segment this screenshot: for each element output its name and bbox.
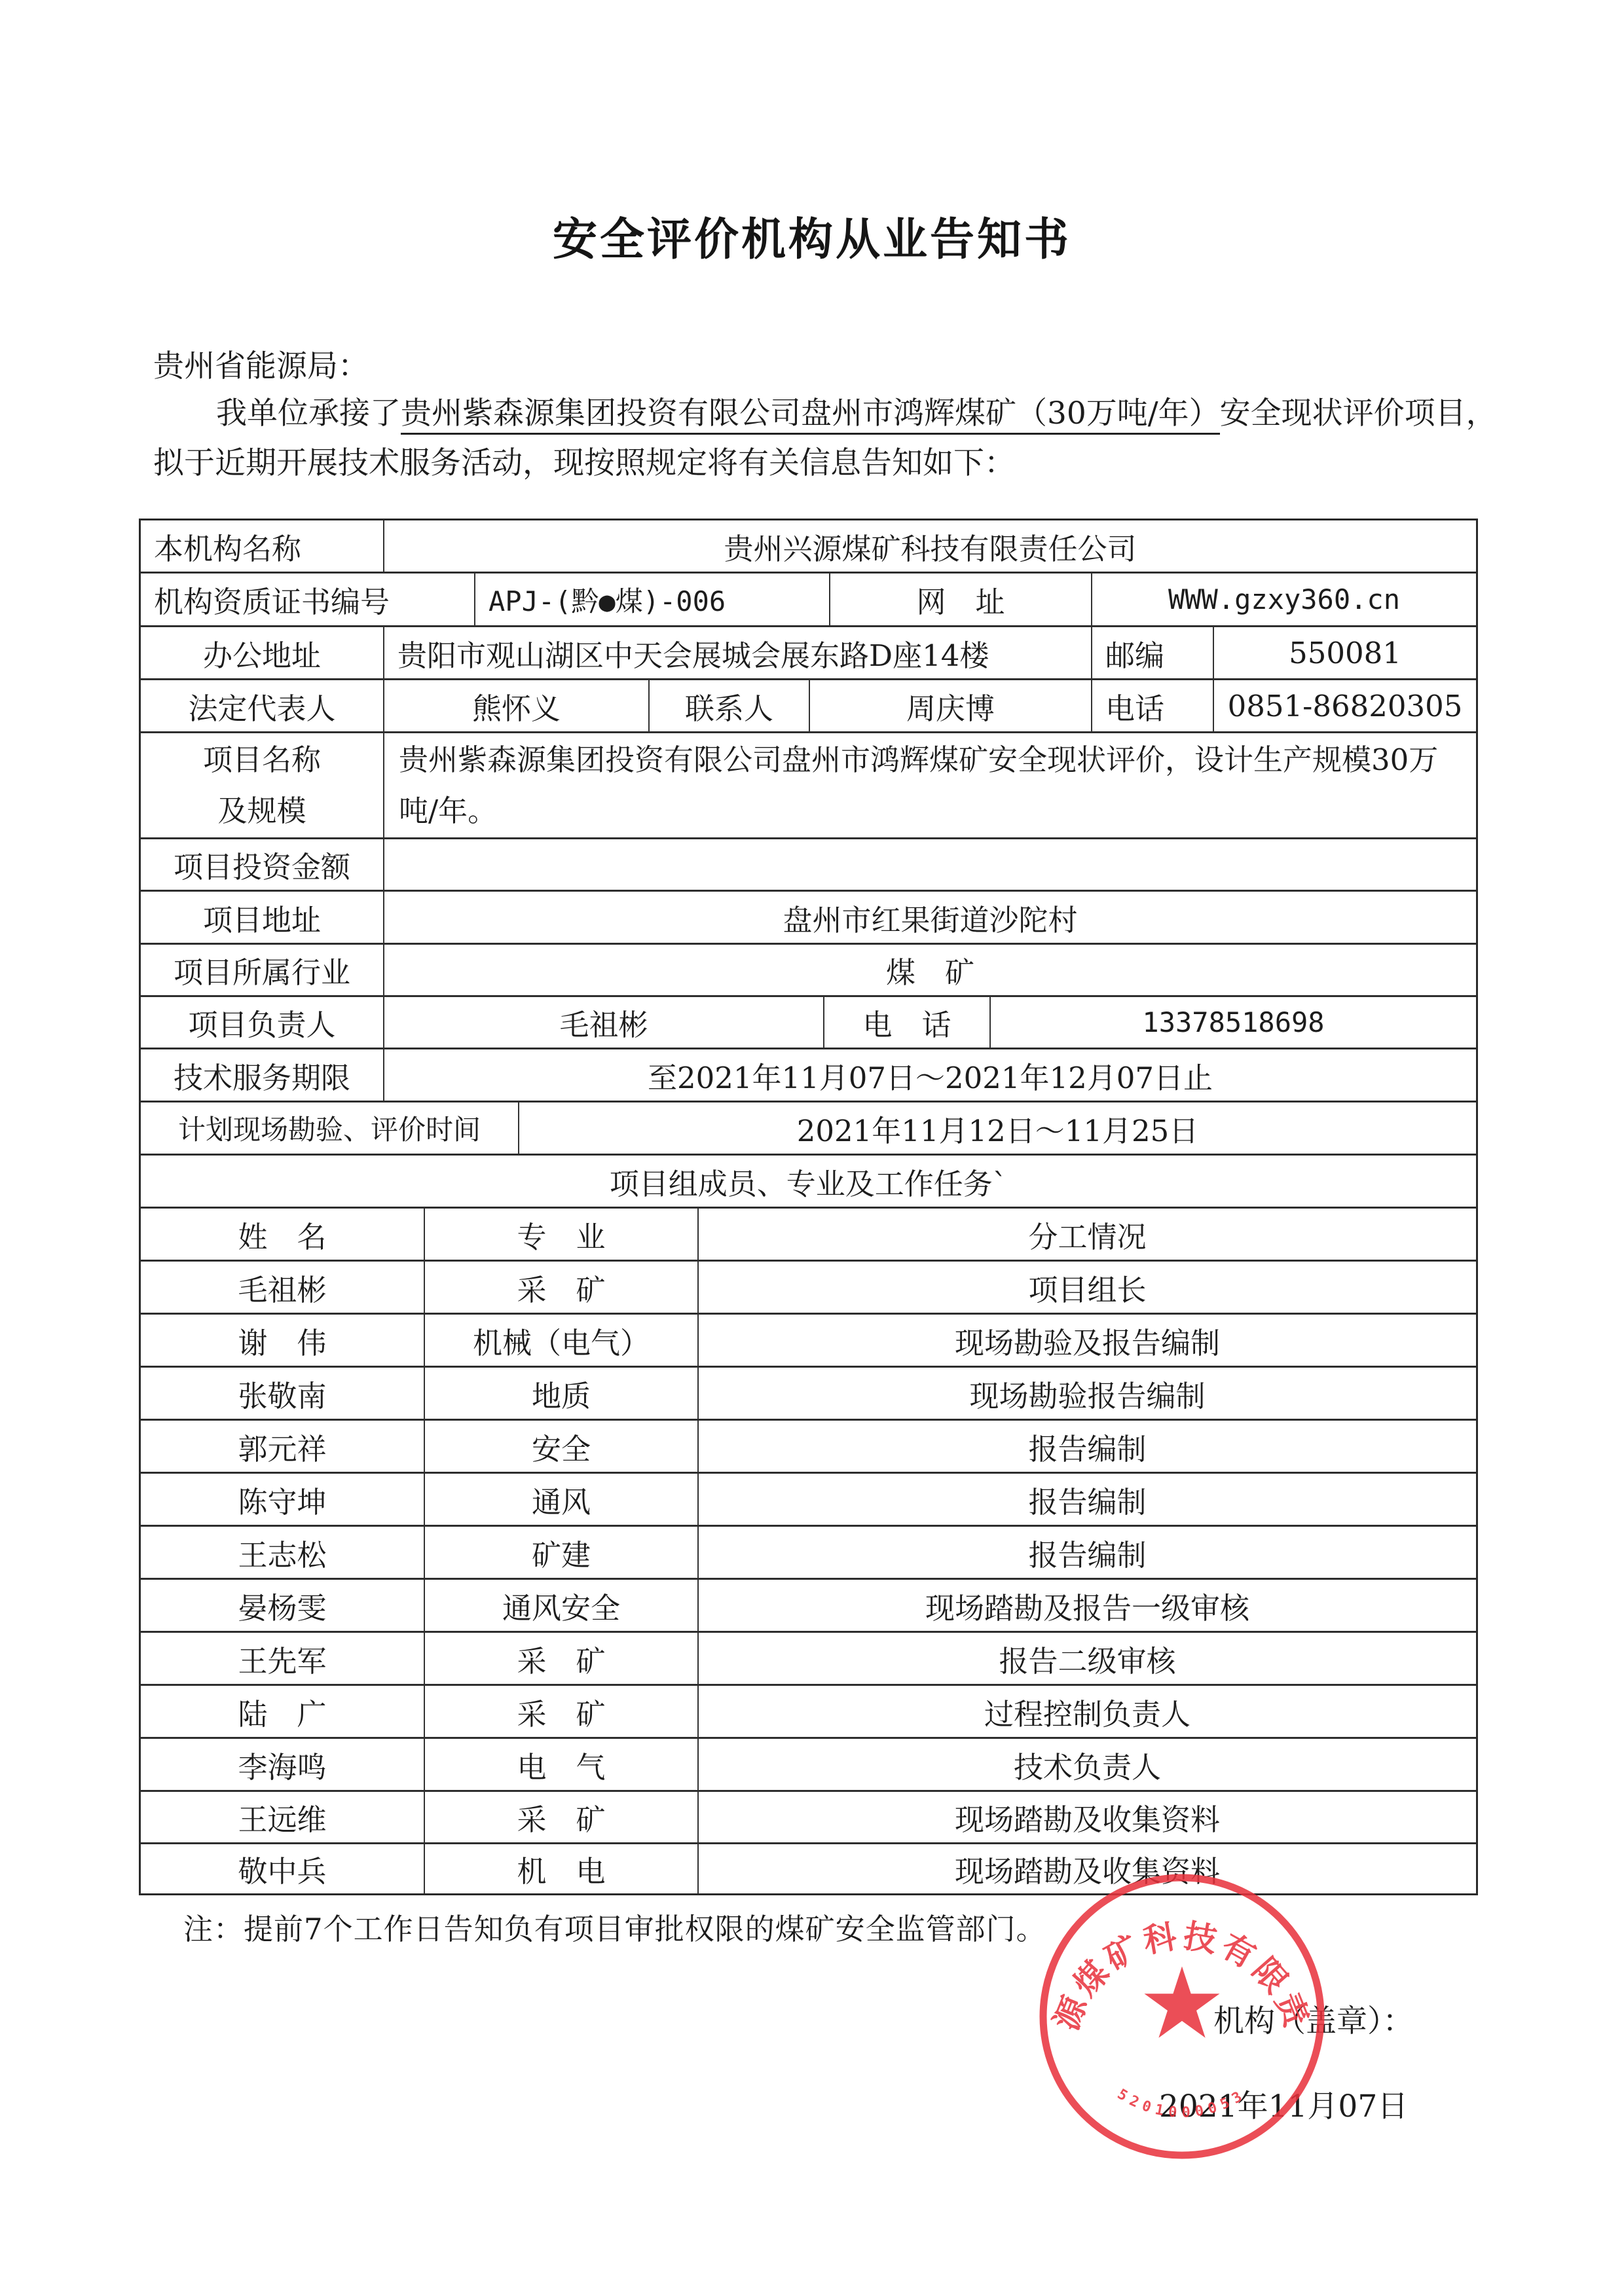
project-lead-row: 项目负责人 毛祖彬 电 话 13378518698 bbox=[141, 997, 1476, 1049]
member-major: 地质 bbox=[425, 1368, 699, 1419]
member-row: 晏杨雯 通风安全 现场踏勘及报告一级审核 bbox=[141, 1580, 1476, 1633]
org-name-row: 本机构名称 贵州兴源煤矿科技有限责任公司 bbox=[141, 520, 1476, 574]
member-task: 报告编制 bbox=[699, 1527, 1476, 1578]
member-major: 安全 bbox=[425, 1421, 699, 1472]
member-row: 李海鸣 电 气 技术负责人 bbox=[141, 1739, 1476, 1792]
lead-value: 毛祖彬 bbox=[384, 997, 824, 1048]
service-period-value: 至2021年11月07日～2021年12月07日止 bbox=[384, 1049, 1476, 1101]
member-task: 项目组长 bbox=[699, 1262, 1476, 1313]
member-name: 陈守坤 bbox=[141, 1474, 425, 1525]
project-address-label: 项目地址 bbox=[141, 892, 384, 943]
site-visit-value: 2021年11月12日～11月25日 bbox=[519, 1102, 1476, 1154]
member-row: 王先军 采 矿 报告二级审核 bbox=[141, 1633, 1476, 1686]
header-name: 姓 名 bbox=[141, 1209, 425, 1260]
site-visit-label: 计划现场勘验、评价时间 bbox=[141, 1102, 519, 1154]
project-name-label-line1: 项目名称 bbox=[203, 735, 321, 786]
project-name-label: 项目名称 及规模 bbox=[141, 733, 384, 837]
cert-label: 机构资质证书编号 bbox=[141, 574, 475, 625]
cert-value: APJ-(黔●煤)-006 bbox=[475, 574, 830, 625]
industry-value: 煤 矿 bbox=[384, 945, 1476, 995]
project-address-value: 盘州市红果街道沙陀村 bbox=[384, 892, 1476, 943]
contact-label: 联系人 bbox=[650, 680, 810, 731]
member-name: 陆 广 bbox=[141, 1686, 425, 1737]
member-task: 现场踏勘及报告一级审核 bbox=[699, 1580, 1476, 1631]
member-task: 现场踏勘及收集资料 bbox=[699, 1844, 1476, 1893]
footer-note: 注：提前7个工作日告知负有项目审批权限的煤矿安全监管部门。 bbox=[183, 1905, 1046, 1948]
org-contact-row: 法定代表人 熊怀义 联系人 周庆博 电话 0851-86820305 bbox=[141, 680, 1476, 733]
industry-label: 项目所属行业 bbox=[141, 945, 384, 995]
member-major: 电 气 bbox=[425, 1739, 699, 1790]
member-name: 毛祖彬 bbox=[141, 1262, 425, 1313]
member-name: 王志松 bbox=[141, 1527, 425, 1578]
investment-value bbox=[384, 839, 1476, 890]
member-major: 矿建 bbox=[425, 1527, 699, 1578]
website-label: 网 址 bbox=[830, 574, 1092, 625]
member-name: 王先军 bbox=[141, 1633, 425, 1684]
member-major: 通风安全 bbox=[425, 1580, 699, 1631]
member-task: 报告编制 bbox=[699, 1421, 1476, 1472]
member-name: 郭元祥 bbox=[141, 1421, 425, 1472]
member-name: 王远维 bbox=[141, 1792, 425, 1842]
member-task: 报告编制 bbox=[699, 1474, 1476, 1525]
org-name-value: 贵州兴源煤矿科技有限责任公司 bbox=[384, 520, 1476, 572]
team-section-row: 项目组成员、专业及工作任务` bbox=[141, 1156, 1476, 1209]
member-row: 王志松 矿建 报告编制 bbox=[141, 1527, 1476, 1580]
member-name: 晏杨雯 bbox=[141, 1580, 425, 1631]
member-row: 毛祖彬 采 矿 项目组长 bbox=[141, 1262, 1476, 1315]
org-address-row: 办公地址 贵阳市观山湖区中天会展城会展东路D座14楼 邮编 550081 bbox=[141, 627, 1476, 680]
org-name-label: 本机构名称 bbox=[141, 520, 384, 572]
member-task: 过程控制负责人 bbox=[699, 1686, 1476, 1737]
postcode-value: 550081 bbox=[1214, 627, 1476, 678]
member-name: 敬中兵 bbox=[141, 1844, 425, 1893]
salutation: 贵州省能源局： bbox=[153, 342, 369, 386]
header-major: 专 业 bbox=[425, 1209, 699, 1260]
member-name: 李海鸣 bbox=[141, 1739, 425, 1790]
member-row: 陈守坤 通风 报告编制 bbox=[141, 1474, 1476, 1527]
member-major: 采 矿 bbox=[425, 1262, 699, 1313]
postcode-label: 邮编 bbox=[1092, 627, 1214, 678]
member-major: 机 电 bbox=[425, 1844, 699, 1893]
org-cert-row: 机构资质证书编号 APJ-(黔●煤)-006 网 址 WWW.gzxy360.c… bbox=[141, 574, 1476, 627]
member-major: 通风 bbox=[425, 1474, 699, 1525]
document-title: 安全评价机构从业告知书 bbox=[0, 204, 1624, 268]
phone-value: 0851-86820305 bbox=[1214, 680, 1476, 731]
member-major: 采 矿 bbox=[425, 1792, 699, 1842]
intro-prefix: 我单位承接了 bbox=[216, 395, 401, 431]
legal-rep-label: 法定代表人 bbox=[141, 680, 384, 731]
member-row: 敬中兵 机 电 现场踏勘及收集资料 bbox=[141, 1844, 1476, 1893]
member-major: 采 矿 bbox=[425, 1686, 699, 1737]
member-name: 张敬南 bbox=[141, 1368, 425, 1419]
lead-phone-label: 电 话 bbox=[824, 997, 991, 1048]
project-name-row: 项目名称 及规模 贵州紫森源集团投资有限公司盘州市鸿辉煤矿安全现状评价，设计生产… bbox=[141, 733, 1476, 839]
address-value: 贵阳市观山湖区中天会展城会展东路D座14楼 bbox=[384, 627, 1092, 678]
lead-phone-value: 13378518698 bbox=[991, 997, 1476, 1048]
service-period-label: 技术服务期限 bbox=[141, 1049, 384, 1101]
lead-label: 项目负责人 bbox=[141, 997, 384, 1048]
legal-rep-value: 熊怀义 bbox=[384, 680, 650, 731]
site-visit-row: 计划现场勘验、评价时间 2021年11月12日～11月25日 bbox=[141, 1102, 1476, 1156]
project-name-value: 贵州紫森源集团投资有限公司盘州市鸿辉煤矿安全现状评价，设计生产规模30万吨/年。 bbox=[384, 733, 1476, 837]
team-header-row: 姓 名 专 业 分工情况 bbox=[141, 1209, 1476, 1262]
project-investment-row: 项目投资金额 bbox=[141, 839, 1476, 892]
intro-paragraph: 我单位承接了贵州紫森源集团投资有限公司盘州市鸿辉煤矿（30万吨/年）安全现状评价… bbox=[153, 389, 1502, 488]
header-task: 分工情况 bbox=[699, 1209, 1476, 1260]
project-address-row: 项目地址 盘州市红果街道沙陀村 bbox=[141, 892, 1476, 945]
contact-value: 周庆博 bbox=[810, 680, 1092, 731]
member-major: 机械（电气） bbox=[425, 1315, 699, 1366]
member-task: 现场勘验及报告编制 bbox=[699, 1315, 1476, 1366]
member-task: 现场勘验报告编制 bbox=[699, 1368, 1476, 1419]
signature-date: 2021年11月07日 bbox=[1159, 2082, 1408, 2126]
member-row: 谢 伟 机械（电气） 现场勘验及报告编制 bbox=[141, 1315, 1476, 1368]
project-industry-row: 项目所属行业 煤 矿 bbox=[141, 945, 1476, 997]
member-task: 现场踏勘及收集资料 bbox=[699, 1792, 1476, 1842]
member-row: 陆 广 采 矿 过程控制负责人 bbox=[141, 1686, 1476, 1739]
member-task: 报告二级审核 bbox=[699, 1633, 1476, 1684]
service-period-row: 技术服务期限 至2021年11月07日～2021年12月07日止 bbox=[141, 1049, 1476, 1102]
team-section-title: 项目组成员、专业及工作任务` bbox=[141, 1156, 1476, 1207]
member-row: 张敬南 地质 现场勘验报告编制 bbox=[141, 1368, 1476, 1421]
member-task: 技术负责人 bbox=[699, 1739, 1476, 1790]
website-value: WWW.gzxy360.cn bbox=[1092, 574, 1476, 625]
notification-table: 本机构名称 贵州兴源煤矿科技有限责任公司 机构资质证书编号 APJ-(黔●煤)-… bbox=[139, 519, 1478, 1895]
address-label: 办公地址 bbox=[141, 627, 384, 678]
member-name: 谢 伟 bbox=[141, 1315, 425, 1366]
member-major: 采 矿 bbox=[425, 1633, 699, 1684]
phone-label: 电话 bbox=[1092, 680, 1214, 731]
investment-label: 项目投资金额 bbox=[141, 839, 384, 890]
intro-project-name: 贵州紫森源集团投资有限公司盘州市鸿辉煤矿（30万吨/年） bbox=[401, 395, 1220, 435]
seal-label: 机构（盖章）： bbox=[1213, 1997, 1414, 2041]
project-name-label-line2: 及规模 bbox=[217, 786, 306, 837]
member-row: 郭元祥 安全 报告编制 bbox=[141, 1421, 1476, 1474]
member-row: 王远维 采 矿 现场踏勘及收集资料 bbox=[141, 1792, 1476, 1844]
